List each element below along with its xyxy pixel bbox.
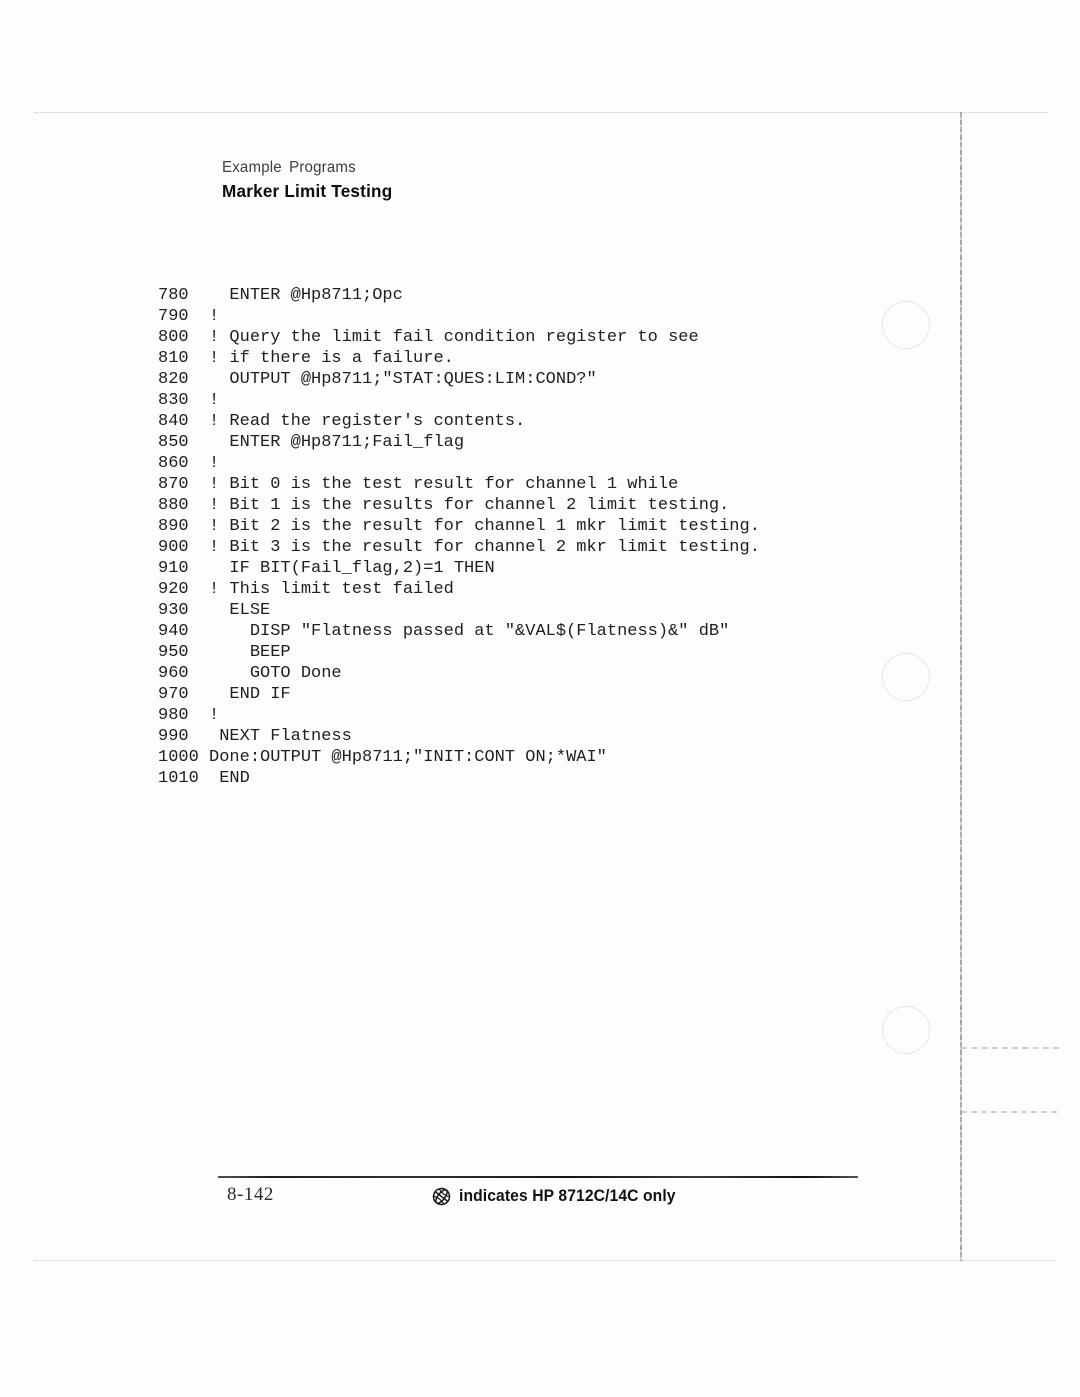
code-line: 870 ! Bit 0 is the test result for chann… <box>158 474 760 495</box>
footer-note-text: indicates HP 8712C/14C only <box>459 1187 676 1206</box>
punch-hole-artifact <box>882 1006 930 1054</box>
code-line: 920 ! This limit test failed <box>158 579 760 600</box>
code-line: 880 ! Bit 1 is the results for channel 2… <box>158 495 760 516</box>
page-number: 8-142 <box>227 1184 274 1206</box>
code-line: 810 ! if there is a failure. <box>158 348 760 369</box>
code-line: 970 END IF <box>158 684 760 705</box>
code-line: 800 ! Query the limit fail condition reg… <box>158 327 760 348</box>
breadcrumb: Example Programs <box>222 159 356 177</box>
punch-hole-artifact <box>882 653 930 701</box>
code-line: 940 DISP "Flatness passed at "&VAL$(Flat… <box>158 621 760 642</box>
globe-option-icon <box>431 1186 452 1207</box>
scan-dash-artifact <box>961 1111 1057 1113</box>
code-line: 930 ELSE <box>158 600 760 621</box>
running-header: Example Programs Marker Limit Testing <box>222 159 396 202</box>
code-line: 860 ! <box>158 453 760 474</box>
code-line: 790 ! <box>158 306 760 327</box>
code-line: 820 OUTPUT @Hp8711;"STAT:QUES:LIM:COND?" <box>158 369 760 390</box>
code-line: 950 BEEP <box>158 642 760 663</box>
footer-note: indicates HP 8712C/14C only <box>431 1186 687 1207</box>
code-line: 890 ! Bit 2 is the result for channel 1 … <box>158 516 760 537</box>
scan-dotted-rule-top <box>35 112 1047 113</box>
code-line: 910 IF BIT(Fail_flag,2)=1 THEN <box>158 558 760 579</box>
code-line: 1010 END <box>158 768 760 789</box>
code-line: 980 ! <box>158 705 760 726</box>
code-line: 780 ENTER @Hp8711;Opc <box>158 285 760 306</box>
code-line: 900 ! Bit 3 is the result for channel 2 … <box>158 537 760 558</box>
scanned-manual-page: Example Programs Marker Limit Testing 78… <box>0 0 1080 1397</box>
code-line: 1000 Done:OUTPUT @Hp8711;"INIT:CONT ON;*… <box>158 747 760 768</box>
scan-dotted-rule-bottom <box>33 1260 1055 1261</box>
code-line: 830 ! <box>158 390 760 411</box>
code-line: 990 NEXT Flatness <box>158 726 760 747</box>
footer-rule <box>218 1176 858 1178</box>
page-title: Marker Limit Testing <box>222 181 392 202</box>
code-listing: 780 ENTER @Hp8711;Opc790 !800 ! Query th… <box>158 285 760 789</box>
code-line: 840 ! Read the register's contents. <box>158 411 760 432</box>
code-line: 960 GOTO Done <box>158 663 760 684</box>
scan-page-edge-line <box>960 112 962 1261</box>
code-line: 850 ENTER @Hp8711;Fail_flag <box>158 432 760 453</box>
scan-dash-artifact <box>961 1047 1059 1049</box>
punch-hole-artifact <box>882 301 930 349</box>
